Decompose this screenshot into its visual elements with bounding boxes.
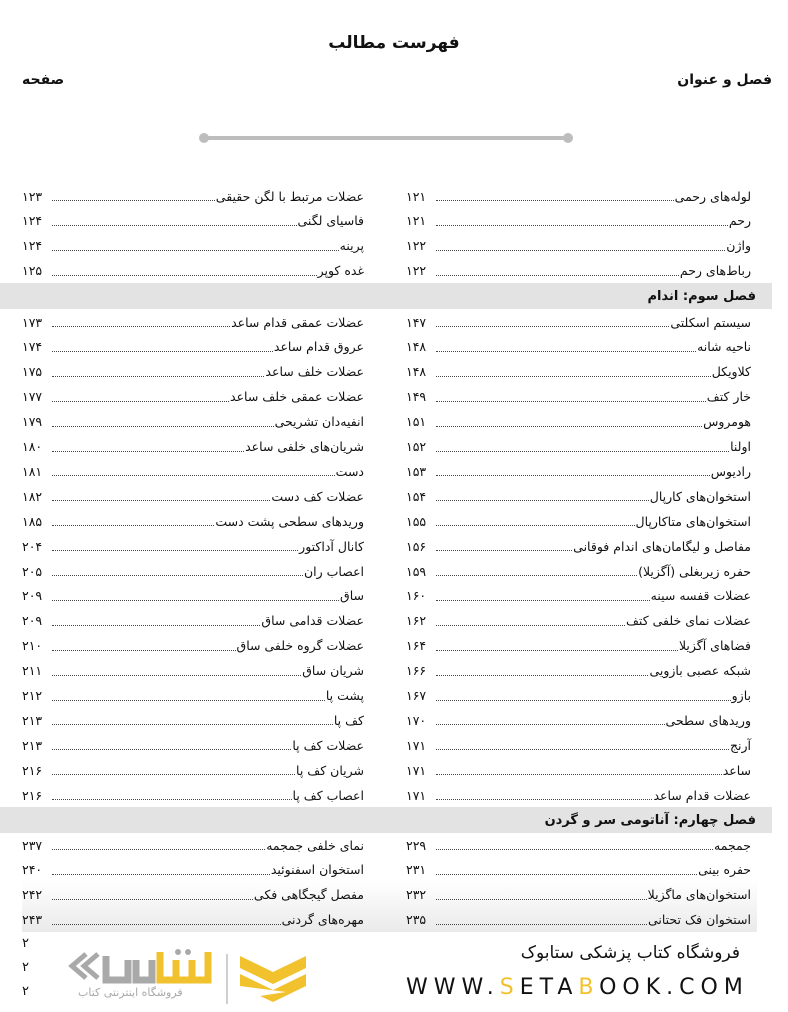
column-header-page: صفحه <box>22 72 64 88</box>
toc-entry[interactable]: هومروس۱۵۱ <box>406 410 751 434</box>
dot-leader <box>52 562 303 576</box>
dot-leader <box>52 187 215 201</box>
dot-leader <box>52 587 339 601</box>
toc-entry[interactable]: کف پا۲۱۳ <box>22 708 364 732</box>
toc-entry[interactable]: استخوان اسفنوئید۲۴۰ <box>22 858 364 882</box>
toc-entry[interactable]: سیستم اسکلتی۱۴۷ <box>406 310 751 334</box>
toc-entry-title: انفیه‌دان تشریحی <box>274 414 364 429</box>
dot-leader <box>436 338 696 352</box>
toc-entry-page: ۲۱۱ <box>22 663 52 678</box>
toc-entry[interactable]: کانال آداکتور۲۰۴ <box>22 534 364 558</box>
chapter-heading[interactable]: فصل سوم: اندام <box>0 283 772 309</box>
page-title: فهرست مطالب <box>0 33 788 53</box>
toc-entry-title: کانال آداکتور <box>298 539 364 554</box>
toc-entry-title: رحم <box>728 213 751 228</box>
toc-entry[interactable]: جمجمه۲۲۹ <box>406 833 751 857</box>
toc-entry[interactable]: عضلات عمقی قدام ساعد۱۷۳ <box>22 310 364 334</box>
toc-entry-page: ۲۰۴ <box>22 539 52 554</box>
url-part-accent: S <box>500 975 520 1000</box>
toc-entry-title: عضلات نمای خلفی کتف <box>625 613 751 628</box>
toc-entry[interactable]: غده کوپر۱۲۵ <box>22 259 364 283</box>
toc-entry[interactable]: مفصل گیجگاهی فکی۲۴۲ <box>22 883 364 907</box>
toc-entry-title: شبکه عصبی بازویی <box>648 663 751 678</box>
toc-entry-page: ۱۸۱ <box>22 464 52 479</box>
toc-entry-page: ۲۴۳ <box>22 912 52 927</box>
dot-leader <box>52 237 339 251</box>
chapter-heading[interactable]: فصل چهارم: آناتومی سر و گردن <box>0 807 772 833</box>
toc-entry[interactable]: خار کتف۱۴۹ <box>406 385 751 409</box>
toc-entry[interactable]: عضلات کف پا۲۱۳ <box>22 733 364 757</box>
dot-leader <box>436 413 702 427</box>
toc-entry-title: استخوان اسفنوئید <box>270 862 364 877</box>
toc-entry-title: استخوان‌های کارپال <box>649 489 751 504</box>
toc-entry-title: هومروس <box>702 414 751 429</box>
toc-entry[interactable]: حفره زیربغلی (آگزیلا)۱۵۹ <box>406 559 751 583</box>
toc-entry-page: ۱۷۰ <box>406 713 436 728</box>
dot-leader <box>52 262 317 276</box>
divider-dot-icon <box>563 133 573 143</box>
toc-entry-page: ۱۲۴ <box>22 238 52 253</box>
toc-entry-title: عضلات کف پا <box>291 738 364 753</box>
toc-entry-page: ۱۶۶ <box>406 663 436 678</box>
toc-entry[interactable]: عضلات عمقی خلف ساعد۱۷۷ <box>22 385 364 409</box>
toc-entry-title: ناحیه شانه <box>696 339 751 354</box>
toc-entry-page: ۱۲۱ <box>406 189 436 204</box>
dot-leader <box>52 711 333 725</box>
toc-entry[interactable]: شریان کف پا۲۱۶ <box>22 758 364 782</box>
logo-chevron-icon <box>238 952 308 1008</box>
toc-entry-page: ۲۱۶ <box>22 788 52 803</box>
toc-entry[interactable]: فاسیای لگنی۱۲۴ <box>22 209 364 233</box>
toc-entry-title: اولنا <box>729 439 751 454</box>
toc-entry[interactable]: اعصاب ران۲۰۵ <box>22 559 364 583</box>
logo-separator <box>226 954 228 1004</box>
toc-entry[interactable]: بازو۱۶۷ <box>406 684 751 708</box>
dot-leader <box>436 313 669 327</box>
url-part: OOK.COM <box>599 975 749 1000</box>
dot-leader <box>436 187 674 201</box>
toc-entry-page: ۱۲۱ <box>406 213 436 228</box>
toc-entry[interactable]: دست۱۸۱ <box>22 459 364 483</box>
toc-entry-title: عضلات کف دست <box>270 489 364 504</box>
toc-entry[interactable]: انفیه‌دان تشریحی۱۷۹ <box>22 410 364 434</box>
toc-entry-title: دست <box>335 464 364 479</box>
dot-leader <box>436 363 711 377</box>
dot-leader <box>52 462 335 476</box>
toc-entry-title: ساق <box>339 588 364 603</box>
toc-entry[interactable]: استخوان‌های متاکارپال۱۵۵ <box>406 509 751 533</box>
dot-leader <box>436 886 647 900</box>
dot-leader <box>436 587 650 601</box>
toc-entry-title: عضلات مرتبط با لگن حقیقی <box>215 189 364 204</box>
dot-leader <box>52 512 214 526</box>
toc-entry-page: ۲۱۲ <box>22 688 52 703</box>
dot-leader <box>436 637 678 651</box>
toc-entry-page: ۱۲۲ <box>406 238 436 253</box>
toc-entry[interactable]: رباط‌های رحم۱۲۲ <box>406 259 751 283</box>
toc-entry-title: عضلات خلف ساعد <box>264 364 364 379</box>
toc-entry-title: مهره‌های گردنی <box>281 912 364 927</box>
toc-entry[interactable]: پرینه۱۲۴ <box>22 234 364 258</box>
toc-entry[interactable]: نمای خلفی جمجمه۲۳۷ <box>22 833 364 857</box>
toc-entry-page: ۲۰۵ <box>22 564 52 579</box>
toc-entry-page: ۱۷۹ <box>22 414 52 429</box>
toc-entry[interactable]: حفره بینی۲۳۱ <box>406 858 751 882</box>
toc-entry-page: ۱۸۲ <box>22 489 52 504</box>
toc-page: فهرست مطالب فصل و عنوان صفحه لوله‌های رح… <box>0 0 788 1012</box>
toc-entry[interactable]: عضلات قدام ساعد۱۷۱ <box>406 783 751 807</box>
toc-entry-page: ۱۶۴ <box>406 638 436 653</box>
toc-entry-page: ۱۷۱ <box>406 788 436 803</box>
dot-leader <box>52 637 236 651</box>
partial-page-number: ۲ <box>22 936 29 951</box>
toc-entry-page: ۲۰۹ <box>22 588 52 603</box>
toc-entry-title: عضلات عمقی قدام ساعد <box>230 315 364 330</box>
toc-entry-page: ۱۲۲ <box>406 263 436 278</box>
toc-entry[interactable]: شبکه عصبی بازویی۱۶۶ <box>406 659 751 683</box>
toc-entry[interactable]: مفاصل و لیگامان‌های اندام فوقانی۱۵۶ <box>406 534 751 558</box>
dot-leader <box>436 487 649 501</box>
toc-entry-page: ۲۱۳ <box>22 738 52 753</box>
dot-leader <box>436 662 648 676</box>
dot-leader <box>436 786 652 800</box>
toc-entry[interactable]: رحم۱۲۱ <box>406 209 751 233</box>
toc-entry[interactable]: عضلات قفسه سینه۱۶۰ <box>406 584 751 608</box>
toc-entry-page: ۲۳۷ <box>22 838 52 853</box>
toc-entry-title: کف پا <box>333 713 364 728</box>
toc-entry-page: ۲۱۶ <box>22 763 52 778</box>
url-part: WWW. <box>406 975 500 1000</box>
dot-leader <box>52 537 298 551</box>
toc-entry-page: ۱۵۵ <box>406 514 436 529</box>
toc-entry-title: رادیوس <box>710 464 751 479</box>
toc-entry-page: ۱۲۴ <box>22 213 52 228</box>
toc-entry-title: شریان‌های خلفی ساعد <box>244 439 364 454</box>
toc-entry-title: عروق قدام ساعد <box>273 339 364 354</box>
site-url[interactable]: WWW.SETABOOK.COM <box>406 975 749 1000</box>
dot-leader <box>52 886 253 900</box>
toc-entry[interactable]: اعصاب کف پا۲۱۶ <box>22 783 364 807</box>
toc-entry[interactable]: واژن۱۲۲ <box>406 234 751 258</box>
toc-entry-title: بازو <box>731 688 751 703</box>
toc-entry-title: سیستم اسکلتی <box>669 315 751 330</box>
toc-entry[interactable]: استخوان‌های ماگزیلا۲۳۲ <box>406 883 751 907</box>
dot-leader <box>52 388 229 402</box>
toc-entry-page: ۲۴۲ <box>22 887 52 902</box>
toc-entry-page: ۱۵۳ <box>406 464 436 479</box>
dot-leader <box>52 612 260 626</box>
dot-leader <box>52 761 295 775</box>
toc-entry[interactable]: ساق۲۰۹ <box>22 584 364 608</box>
toc-entry-title: مفصل گیجگاهی فکی <box>253 887 364 902</box>
toc-entry-title: جمجمه <box>713 838 751 853</box>
toc-entry[interactable]: مهره‌های گردنی۲۴۳ <box>22 908 364 932</box>
toc-entry-title: اعصاب ران <box>303 564 364 579</box>
toc-entry[interactable]: عضلات مرتبط با لگن حقیقی۱۲۳ <box>22 184 364 208</box>
dot-leader <box>436 562 637 576</box>
toc-entry[interactable]: شریان ساق۲۱۱ <box>22 659 364 683</box>
dot-leader <box>436 711 665 725</box>
dot-leader <box>52 786 292 800</box>
toc-entry-page: ۱۸۰ <box>22 439 52 454</box>
toc-entry[interactable]: رادیوس۱۵۳ <box>406 459 751 483</box>
dot-leader <box>436 388 706 402</box>
toc-entry-title: استخوان‌های متاکارپال <box>635 514 752 529</box>
dot-leader <box>436 761 722 775</box>
dot-leader <box>52 687 325 701</box>
toc-entry[interactable]: ساعد۱۷۱ <box>406 758 751 782</box>
dot-leader <box>52 861 270 875</box>
toc-entry-page: ۲۰۹ <box>22 613 52 628</box>
toc-entry-page: ۲۳۱ <box>406 862 436 877</box>
url-part: ETA <box>520 975 579 1000</box>
toc-entry-page: ۱۷۳ <box>22 315 52 330</box>
toc-entry[interactable]: عضلات کف دست۱۸۲ <box>22 484 364 508</box>
dot-leader <box>436 462 710 476</box>
dot-leader <box>436 911 647 925</box>
toc-entry-page: ۱۷۵ <box>22 364 52 379</box>
toc-entry-title: فضاهای آگزیلا <box>678 638 751 653</box>
partial-page-number: ۲ <box>22 960 29 975</box>
toc-entry-page: ۱۶۰ <box>406 588 436 603</box>
toc-entry[interactable]: استخوان فک تحتانی۲۳۵ <box>406 908 751 932</box>
decorative-divider <box>203 136 569 140</box>
toc-entry-title: نمای خلفی جمجمه <box>265 838 364 853</box>
dot-leader <box>52 662 301 676</box>
toc-entry-page: ۲۴۰ <box>22 862 52 877</box>
dot-leader <box>52 212 297 226</box>
toc-entry-title: پشت پا <box>325 688 364 703</box>
toc-entry-page: ۱۵۲ <box>406 439 436 454</box>
toc-entry[interactable]: کلاویکل۱۴۸ <box>406 360 751 384</box>
shop-name: فروشگاه کتاب پزشکی ستابوک <box>521 943 740 963</box>
dot-leader <box>52 338 273 352</box>
toc-entry[interactable]: عروق قدام ساعد۱۷۴ <box>22 335 364 359</box>
toc-entry-title: عضلات عمقی خلف ساعد <box>229 389 364 404</box>
toc-entry-title: عضلات قفسه سینه <box>650 588 751 603</box>
toc-entry-page: ۱۷۷ <box>22 389 52 404</box>
toc-entry-title: واژن <box>725 238 751 253</box>
setabook-logo: فروشگاه اینترنتی کتاب <box>66 940 316 1012</box>
toc-entry-page: ۱۴۸ <box>406 364 436 379</box>
dot-leader <box>436 237 725 251</box>
toc-entry-page: ۱۷۱ <box>406 738 436 753</box>
toc-entry-title: مفاصل و لیگامان‌های اندام فوقانی <box>572 539 751 554</box>
toc-entry[interactable]: عضلات قدامی ساق۲۰۹ <box>22 609 364 633</box>
toc-entry-page: ۱۶۲ <box>406 613 436 628</box>
toc-entry[interactable]: استخوان‌های کارپال۱۵۴ <box>406 484 751 508</box>
toc-entry-title: کلاویکل <box>711 364 751 379</box>
toc-entry-title: آرنج <box>729 738 751 753</box>
dot-leader <box>436 687 731 701</box>
toc-entry-title: استخوان‌های ماگزیلا <box>647 887 751 902</box>
toc-entry[interactable]: لوله‌های رحمی۱۲۱ <box>406 184 751 208</box>
toc-entry-page: ۱۵۴ <box>406 489 436 504</box>
dot-leader <box>52 487 270 501</box>
toc-entry[interactable]: پشت پا۲۱۲ <box>22 684 364 708</box>
toc-entry[interactable]: عضلات خلف ساعد۱۷۵ <box>22 360 364 384</box>
toc-entry[interactable]: ناحیه شانه۱۴۸ <box>406 335 751 359</box>
toc-entry-title: فاسیای لگنی <box>297 213 365 228</box>
toc-entry-page: ۱۵۱ <box>406 414 436 429</box>
toc-entry-title: خار کتف <box>706 389 751 404</box>
toc-entry-title: پرینه <box>339 238 364 253</box>
toc-entry-page: ۱۲۳ <box>22 189 52 204</box>
toc-entry-page: ۱۴۸ <box>406 339 436 354</box>
toc-entry-title: لوله‌های رحمی <box>674 189 751 204</box>
url-part-accent: B <box>578 975 599 1000</box>
toc-entry-title: ساعد <box>722 763 751 778</box>
dot-leader <box>52 413 274 427</box>
toc-entry[interactable]: عضلات نمای خلفی کتف۱۶۲ <box>406 609 751 633</box>
dot-leader <box>436 262 679 276</box>
toc-entry[interactable]: فضاهای آگزیلا۱۶۴ <box>406 634 751 658</box>
toc-entry-title: عضلات گروه خلفی ساق <box>236 638 364 653</box>
partial-page-number: ۲ <box>22 984 29 999</box>
toc-entry-title: عضلات قدام ساعد <box>652 788 751 803</box>
toc-entry-page: ۱۴۷ <box>406 315 436 330</box>
toc-entry-page: ۲۱۰ <box>22 638 52 653</box>
toc-entry-title: عضلات قدامی ساق <box>260 613 364 628</box>
dot-leader <box>436 537 572 551</box>
toc-entry-title: حفره بینی <box>697 862 751 877</box>
toc-entry[interactable]: شریان‌های خلفی ساعد۱۸۰ <box>22 435 364 459</box>
column-header-title: فصل و عنوان <box>677 72 772 88</box>
dot-leader <box>436 861 697 875</box>
toc-entry-title: استخوان فک تحتانی <box>647 912 751 927</box>
toc-entry-page: ۱۸۵ <box>22 514 52 529</box>
toc-entry-title: وریدهای سطحی پشت دست <box>214 514 364 529</box>
toc-entry-page: ۱۴۹ <box>406 389 436 404</box>
toc-entry-page: ۲۲۹ <box>406 838 436 853</box>
toc-entry[interactable]: عضلات گروه خلفی ساق۲۱۰ <box>22 634 364 658</box>
dot-leader <box>52 911 281 925</box>
dot-leader <box>436 512 635 526</box>
toc-entry-title: رباط‌های رحم <box>679 263 751 278</box>
dot-leader <box>436 212 728 226</box>
toc-entry-page: ۱۲۵ <box>22 263 52 278</box>
logo-wordmark-icon <box>66 946 226 988</box>
dot-leader <box>436 612 625 626</box>
toc-entry-title: اعصاب کف پا <box>292 788 364 803</box>
toc-entry-page: ۱۵۶ <box>406 539 436 554</box>
toc-entry-page: ۱۷۱ <box>406 763 436 778</box>
toc-entry-title: حفره زیربغلی (آگزیلا) <box>637 564 751 579</box>
toc-entry[interactable]: آرنج۱۷۱ <box>406 733 751 757</box>
toc-entry-page: ۱۶۷ <box>406 688 436 703</box>
toc-entry-page: ۲۳۵ <box>406 912 436 927</box>
dot-leader <box>52 313 230 327</box>
logo-subtitle: فروشگاه اینترنتی کتاب <box>78 986 183 999</box>
toc-entry[interactable]: وریدهای سطحی پشت دست۱۸۵ <box>22 509 364 533</box>
dot-leader <box>436 836 713 850</box>
dot-leader <box>52 836 265 850</box>
toc-entry-title: شریان ساق <box>301 663 364 678</box>
toc-entry-page: ۲۳۲ <box>406 887 436 902</box>
dot-leader <box>436 736 729 750</box>
toc-entry-page: ۲۱۳ <box>22 713 52 728</box>
toc-entry-title: غده کوپر <box>317 263 364 278</box>
dot-leader <box>436 438 729 452</box>
toc-entry-title: شریان کف پا <box>295 763 364 778</box>
dot-leader <box>52 363 264 377</box>
toc-entry[interactable]: اولنا۱۵۲ <box>406 435 751 459</box>
toc-entry-page: ۱۷۴ <box>22 339 52 354</box>
toc-entry[interactable]: وریدهای سطحی۱۷۰ <box>406 708 751 732</box>
dot-leader <box>52 438 244 452</box>
toc-entry-page: ۱۵۹ <box>406 564 436 579</box>
dot-leader <box>52 736 291 750</box>
divider-dot-icon <box>199 133 209 143</box>
toc-entry-title: وریدهای سطحی <box>665 713 752 728</box>
